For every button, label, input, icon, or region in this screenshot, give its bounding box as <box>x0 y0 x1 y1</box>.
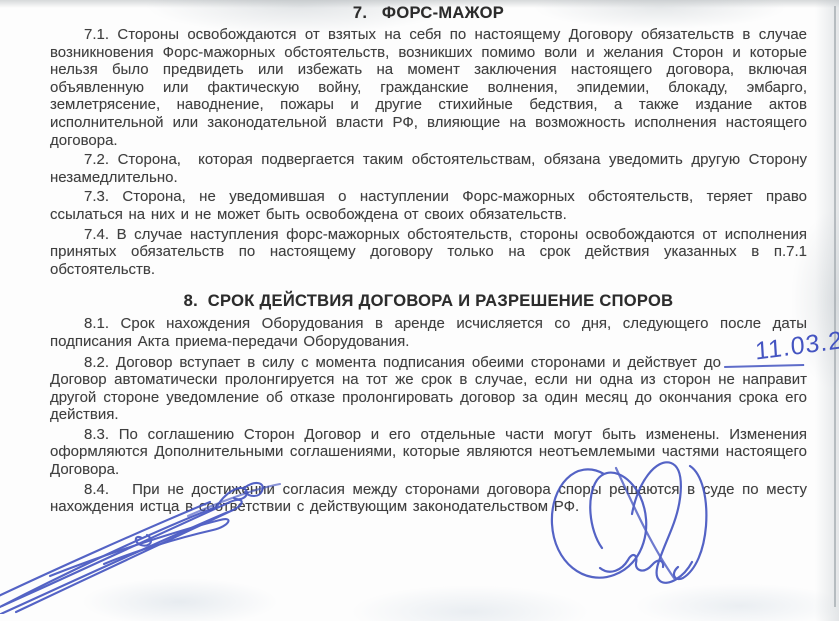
paragraph-8-1: 8.1. Срок нахождения Оборудования в арен… <box>50 315 807 350</box>
contract-text-block: 7. ФОРС-МАЖОР 7.1. Стороны освобождаются… <box>50 3 807 518</box>
section8-heading: 8. СРОК ДЕЙСТВИЯ ДОГОВОРА И РАЗРЕШЕНИЕ С… <box>50 291 807 311</box>
date-blank-underline: 11.03.2019 <box>724 351 804 367</box>
paragraph-8-2-rest: Договор автоматически пролонгируется на … <box>50 371 807 423</box>
section7-heading: 7. ФОРС-МАЖОР <box>50 3 807 23</box>
scanned-contract-page: 7. ФОРС-МАЖОР 7.1. Стороны освобождаются… <box>0 0 839 621</box>
paragraph-7-1: 7.1. Стороны освобождаются от взятых на … <box>50 26 807 149</box>
paragraph-7-2: 7.2. Сторона, которая подвергается таким… <box>50 151 807 186</box>
paragraph-8-2: 8.2. Договор вступает в силу с момента п… <box>50 353 807 424</box>
scan-page-edge-line <box>834 6 836 607</box>
paragraph-7-3: 7.3. Сторона, не уведомившая о наступлен… <box>50 188 807 223</box>
paragraph-8-4: 8.4. При не достижении согласия между ст… <box>50 481 807 516</box>
paragraph-7-4: 7.4. В случае наступления форс-мажорных … <box>50 226 807 279</box>
paragraph-8-3: 8.3. По соглашению Сторон Договор и его … <box>50 426 807 479</box>
paragraph-8-2-lead: 8.2. Договор вступает в силу с момента п… <box>84 354 721 371</box>
